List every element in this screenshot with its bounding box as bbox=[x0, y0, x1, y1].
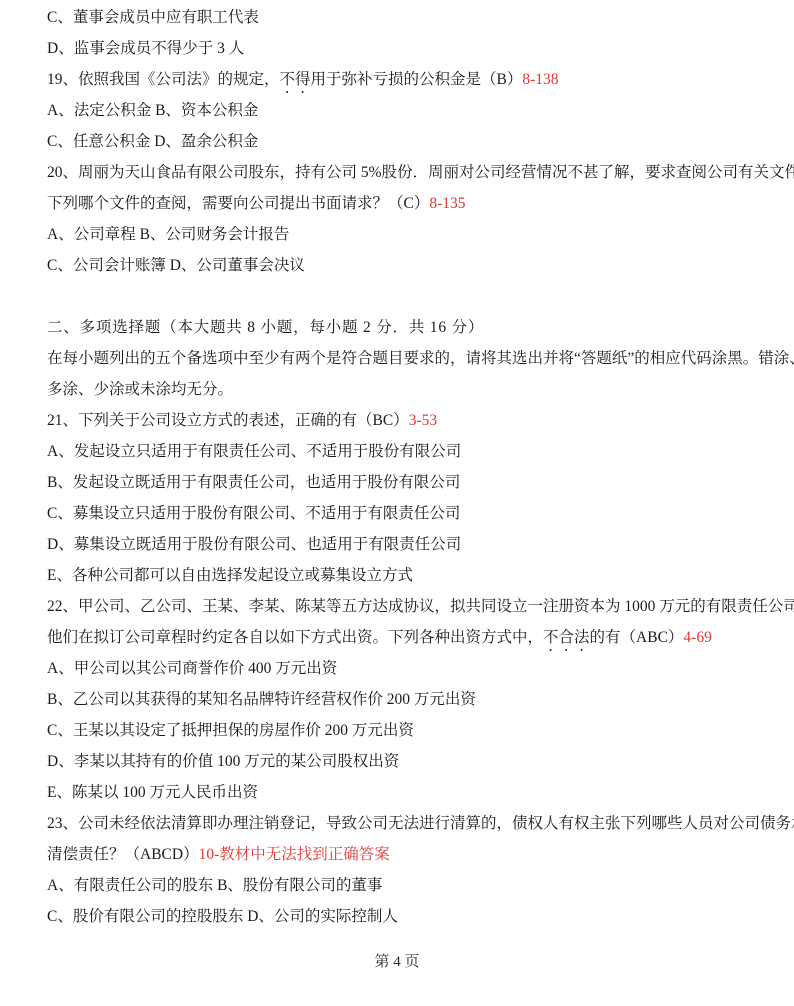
q21-answer-ref: 3-53 bbox=[409, 412, 437, 429]
q22-stem-line2: 他们在拟订公司章程时约定各自以如下方式出资。下列各种出资方式中，不合法的有（AB… bbox=[47, 622, 749, 653]
q19-stem-post: 用于弥补亏损的公积金是（B） bbox=[311, 71, 523, 88]
document-page: C、董事会成员中应有职工代表 D、监事会成员不得少于 3 人 19、依照我国《公… bbox=[0, 0, 794, 1006]
section-two-instructions-line2: 多涂、少涂或未涂均无分。 bbox=[47, 374, 749, 405]
q22-option-e: E、陈某以 100 万元人民币出资 bbox=[47, 777, 749, 808]
q21-option-a: A、发起设立只适用于有限责任公司、不适用于股份有限公司 bbox=[47, 436, 749, 467]
q19-answer-ref: 8-138 bbox=[522, 71, 558, 88]
q22-answer-ref: 4-69 bbox=[683, 629, 711, 646]
q19-emphasized-word: 不得 bbox=[280, 71, 311, 88]
q23-stem-line1: 23、公司未经依法清算即办理注销登记，导致公司无法进行清算的，债权人有权主张下列… bbox=[47, 808, 749, 839]
q22-emphasized-word: 不合法 bbox=[543, 629, 590, 646]
q23-stem-line2-text: 清偿责任？（ABCD） bbox=[47, 846, 199, 863]
q19-options-cd: C、任意公积金 D、盈余公积金 bbox=[47, 126, 749, 157]
exam-content: C、董事会成员中应有职工代表 D、监事会成员不得少于 3 人 19、依照我国《公… bbox=[0, 0, 794, 932]
q20-options-ab: A、公司章程 B、公司财务会计报告 bbox=[47, 219, 749, 250]
q21-option-c: C、募集设立只适用于股份有限公司、不适用于有限责任公司 bbox=[47, 498, 749, 529]
q18-option-d: D、监事会成员不得少于 3 人 bbox=[47, 33, 749, 64]
q22-option-c: C、王某以其设定了抵押担保的房屋作价 200 万元出资 bbox=[47, 715, 749, 746]
q22-option-d: D、李某以其持有的价值 100 万元的某公司股权出资 bbox=[47, 746, 749, 777]
page-number: 第 4 页 bbox=[374, 954, 419, 970]
blank-line bbox=[47, 281, 749, 312]
q22-stem-line1: 22、甲公司、乙公司、王某、李某、陈某等五方达成协议，拟共同设立一注册资本为 1… bbox=[47, 591, 749, 622]
q20-stem-line2: 下列哪个文件的查阅，需要向公司提出书面请求？（C）8-135 bbox=[47, 188, 749, 219]
q18-option-c: C、董事会成员中应有职工代表 bbox=[47, 2, 749, 33]
q22-stem-line2-pre: 他们在拟订公司章程时约定各自以如下方式出资。下列各种出资方式中， bbox=[47, 629, 543, 646]
q22-stem-line2-post: 的有（ABC） bbox=[590, 629, 684, 646]
q23-answer-note: 10-教材中无法找到正确答案 bbox=[199, 846, 390, 863]
q20-stem-line1: 20、周丽为天山食品有限公司股东，持有公司 5%股份．周丽对公司经营情况不甚了解… bbox=[47, 157, 749, 188]
q19-stem-pre: 19、依照我国《公司法》的规定， bbox=[47, 71, 280, 88]
page-footer: 第 4 页 bbox=[0, 951, 794, 973]
q21-option-b: B、发起设立既适用于有限责任公司，也适用于股份有限公司 bbox=[47, 467, 749, 498]
q20-answer-ref: 8-135 bbox=[429, 195, 465, 212]
q23-options-ab: A、有限责任公司的股东 B、股份有限公司的董事 bbox=[47, 870, 749, 901]
q21-option-d: D、募集设立既适用于股份有限公司、也适用于有限责任公司 bbox=[47, 529, 749, 560]
q21-stem: 21、下列关于公司设立方式的表述，正确的有（BC）3-53 bbox=[47, 405, 749, 436]
q20-stem-line2-text: 下列哪个文件的查阅，需要向公司提出书面请求？（C） bbox=[47, 195, 429, 212]
q21-option-e: E、各种公司都可以自由选择发起设立或募集设立方式 bbox=[47, 560, 749, 591]
q23-options-cd: C、股价有限公司的控股股东 D、公司的实际控制人 bbox=[47, 901, 749, 932]
q20-options-cd: C、公司会计账簿 D、公司董事会决议 bbox=[47, 250, 749, 281]
q23-stem-line2: 清偿责任？（ABCD）10-教材中无法找到正确答案 bbox=[47, 839, 749, 870]
q19-stem: 19、依照我国《公司法》的规定，不得用于弥补亏损的公积金是（B）8-138 bbox=[47, 64, 749, 95]
q22-option-b: B、乙公司以其获得的某知名品牌特许经营权作价 200 万元出资 bbox=[47, 684, 749, 715]
q22-option-a: A、甲公司以其公司商誉作价 400 万元出资 bbox=[47, 653, 749, 684]
section-two-heading: 二、多项选择题（本大题共 8 小题，每小题 2 分．共 16 分） bbox=[47, 312, 749, 343]
q19-options-ab: A、法定公积金 B、资本公积金 bbox=[47, 95, 749, 126]
section-two-instructions-line1: 在每小题列出的五个备选项中至少有两个是符合题目要求的，请将其选出并将“答题纸”的… bbox=[47, 343, 749, 374]
q21-stem-text: 21、下列关于公司设立方式的表述，正确的有（BC） bbox=[47, 412, 409, 429]
